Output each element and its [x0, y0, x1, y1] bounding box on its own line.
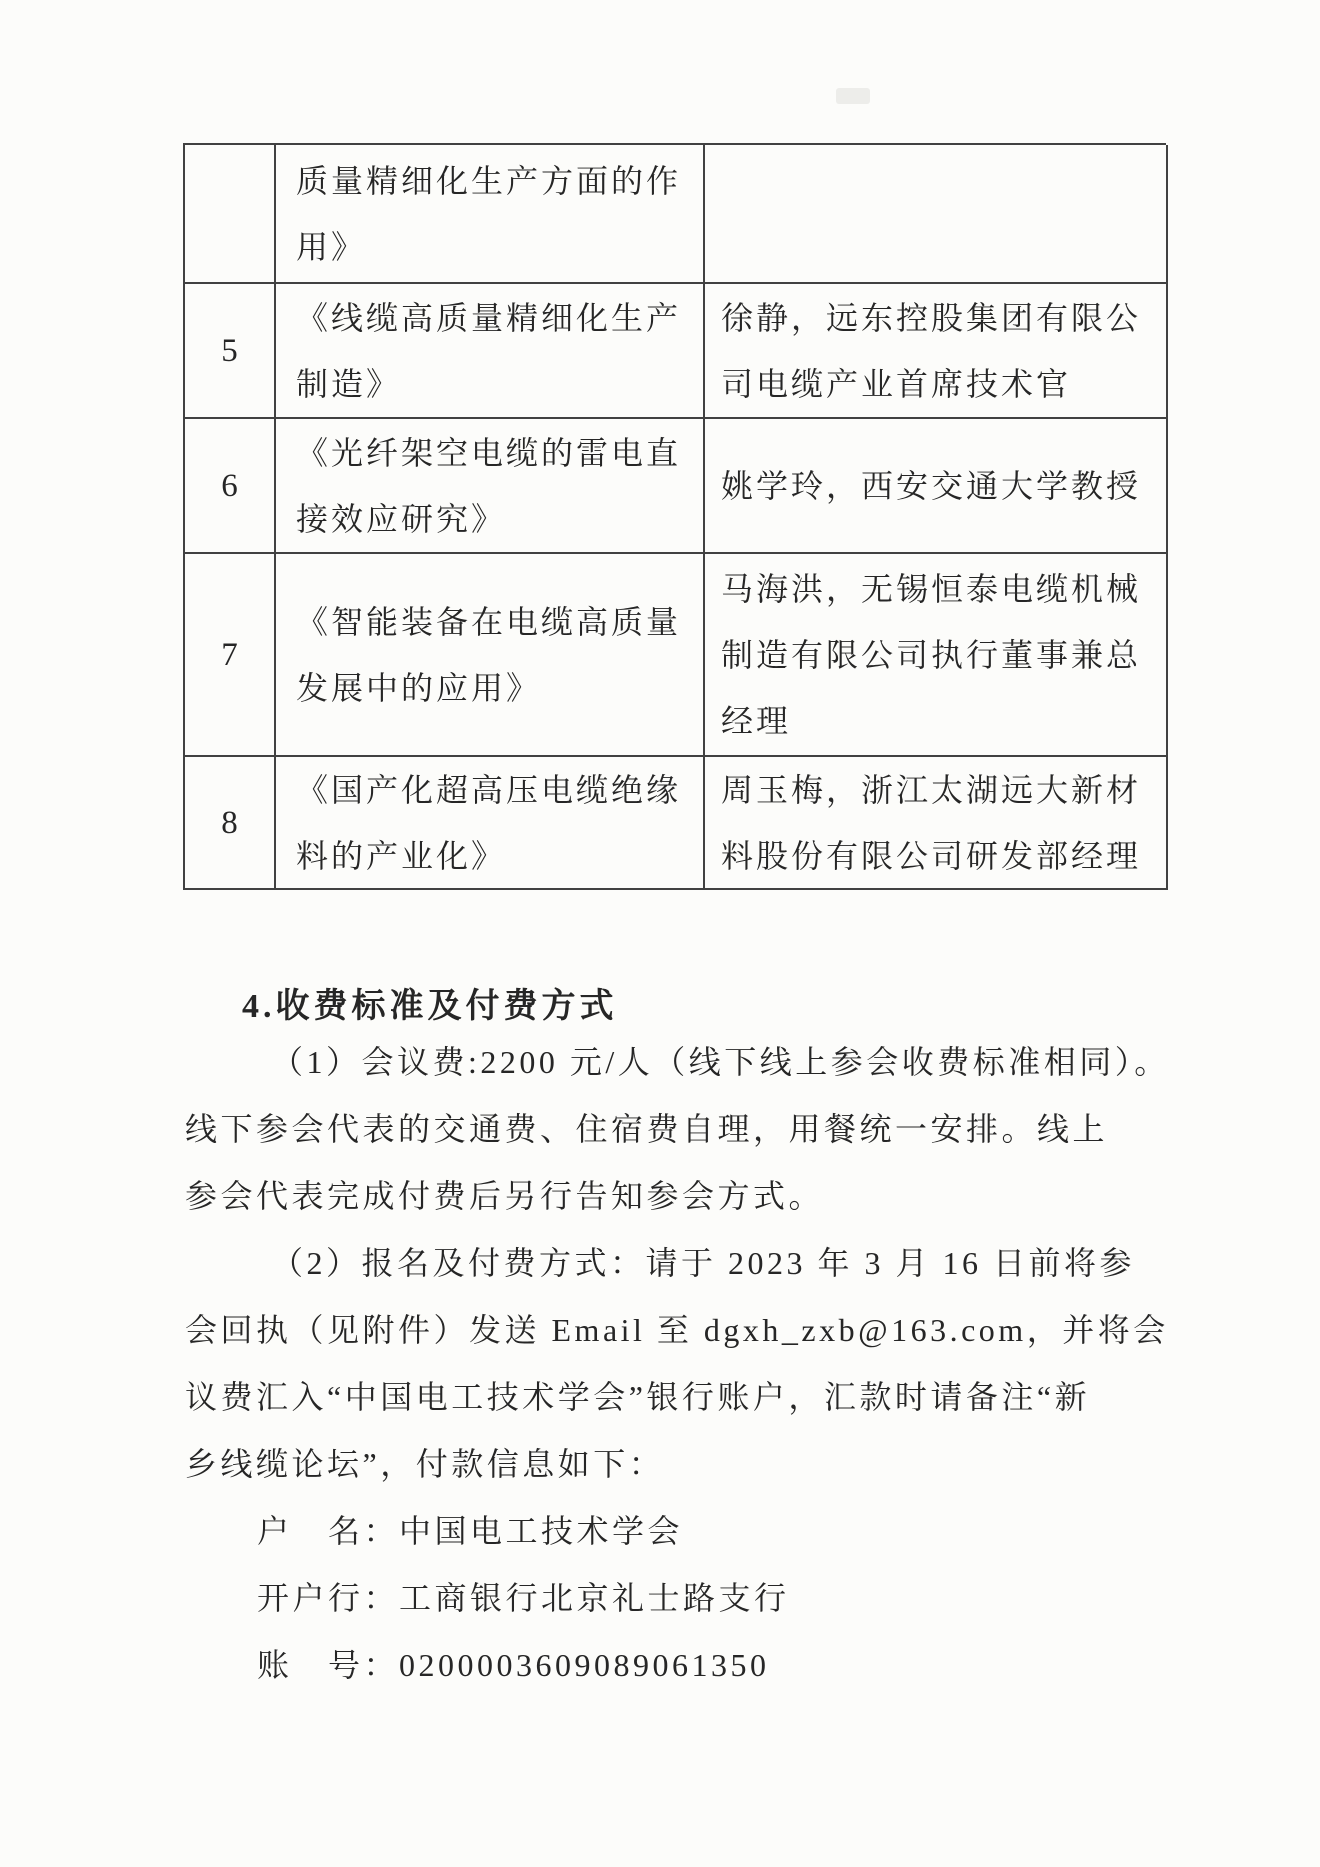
- row-number-cell: 6: [185, 419, 276, 554]
- talk-title-line: 发展中的应用》: [296, 655, 697, 721]
- speaker-line: 经理: [721, 688, 1160, 754]
- payment-bank-line: 开户行：工商银行北京礼士路支行: [185, 1565, 1175, 1632]
- talk-title-line: 《光纤架空电缆的雷电直: [296, 420, 697, 486]
- speaker-line: 料股份有限公司研发部经理: [721, 823, 1160, 889]
- speaker-line: 司电缆产业首席技术官: [721, 351, 1160, 417]
- row-number-cell: [185, 145, 276, 284]
- talk-title-line: 接效应研究》: [296, 486, 697, 552]
- talk-title-cell: 质量精细化生产方面的作 用》: [276, 145, 705, 284]
- speaker-line: 姚学玲，西安交通大学教授: [721, 453, 1160, 519]
- speaker-line: 马海洪，无锡恒泰电缆机械: [721, 556, 1160, 622]
- row-number-cell: 5: [185, 284, 276, 419]
- speaker-line: 周玉梅，浙江太湖远大新材: [721, 757, 1160, 823]
- document-page: 质量精细化生产方面的作 用》 5 《线缆高质量精细化生产 制造》 徐静，远东控股…: [0, 0, 1320, 1867]
- row-number: 7: [221, 622, 238, 688]
- row-number: 5: [221, 318, 238, 384]
- paragraph-line-email: 会回执（见附件）发送 Email 至 dgxh_zxb@163.com，并将会: [185, 1297, 1175, 1364]
- paragraph-line: 乡线缆论坛”，付款信息如下：: [185, 1431, 1175, 1498]
- row-number-cell: 7: [185, 554, 276, 757]
- section-heading: 4.收费标准及付费方式: [242, 978, 618, 1027]
- paragraph-line-fee: （1）会议费:2200 元/人（线下线上参会收费标准相同）。: [185, 1029, 1175, 1096]
- talk-title-cell: 《光纤架空电缆的雷电直 接效应研究》: [276, 419, 705, 554]
- speaker-cell: 徐静，远东控股集团有限公 司电缆产业首席技术官: [705, 284, 1168, 419]
- speaker-line: 徐静，远东控股集团有限公: [721, 285, 1160, 351]
- row-number-cell: 8: [185, 757, 276, 890]
- row-number: 6: [221, 453, 238, 519]
- talk-title-line: 《线缆高质量精细化生产: [296, 285, 697, 351]
- talk-title-line: 《智能装备在电缆高质量: [296, 589, 697, 655]
- talk-title-line: 制造》: [296, 351, 697, 417]
- body-paragraphs: （1）会议费:2200 元/人（线下线上参会收费标准相同）。 线下参会代表的交通…: [185, 1029, 1175, 1699]
- speaker-line: 制造有限公司执行董事兼总: [721, 622, 1160, 688]
- program-table: 质量精细化生产方面的作 用》 5 《线缆高质量精细化生产 制造》 徐静，远东控股…: [183, 143, 1166, 890]
- speaker-cell: 周玉梅，浙江太湖远大新材 料股份有限公司研发部经理: [705, 757, 1168, 890]
- talk-title-line: 料的产业化》: [296, 823, 697, 889]
- payment-account-name-line: 户 名：中国电工技术学会: [185, 1498, 1175, 1565]
- paragraph-line-registration: （2）报名及付费方式：请于 2023 年 3 月 16 日前将参: [185, 1230, 1175, 1297]
- talk-title-cell: 《国产化超高压电缆绝缘 料的产业化》: [276, 757, 705, 890]
- speaker-cell: 马海洪，无锡恒泰电缆机械 制造有限公司执行董事兼总 经理: [705, 554, 1168, 757]
- talk-title-line: 质量精细化生产方面的作: [296, 148, 697, 214]
- paragraph-line: 参会代表完成付费后另行告知参会方式。: [185, 1163, 1175, 1230]
- paragraph-line: 线下参会代表的交通费、住宿费自理，用餐统一安排。线上: [185, 1096, 1175, 1163]
- talk-title-cell: 《线缆高质量精细化生产 制造》: [276, 284, 705, 419]
- speaker-cell: [705, 145, 1168, 284]
- talk-title-line: 《国产化超高压电缆绝缘: [296, 757, 697, 823]
- paragraph-line: 议费汇入“中国电工技术学会”银行账户，汇款时请备注“新: [185, 1364, 1175, 1431]
- payment-account-number-line: 账 号：0200003609089061350: [185, 1632, 1175, 1699]
- row-number: 8: [221, 790, 238, 856]
- speaker-cell: 姚学玲，西安交通大学教授: [705, 419, 1168, 554]
- scan-artifact: [836, 88, 870, 104]
- talk-title-cell: 《智能装备在电缆高质量 发展中的应用》: [276, 554, 705, 757]
- talk-title-line: 用》: [296, 214, 697, 280]
